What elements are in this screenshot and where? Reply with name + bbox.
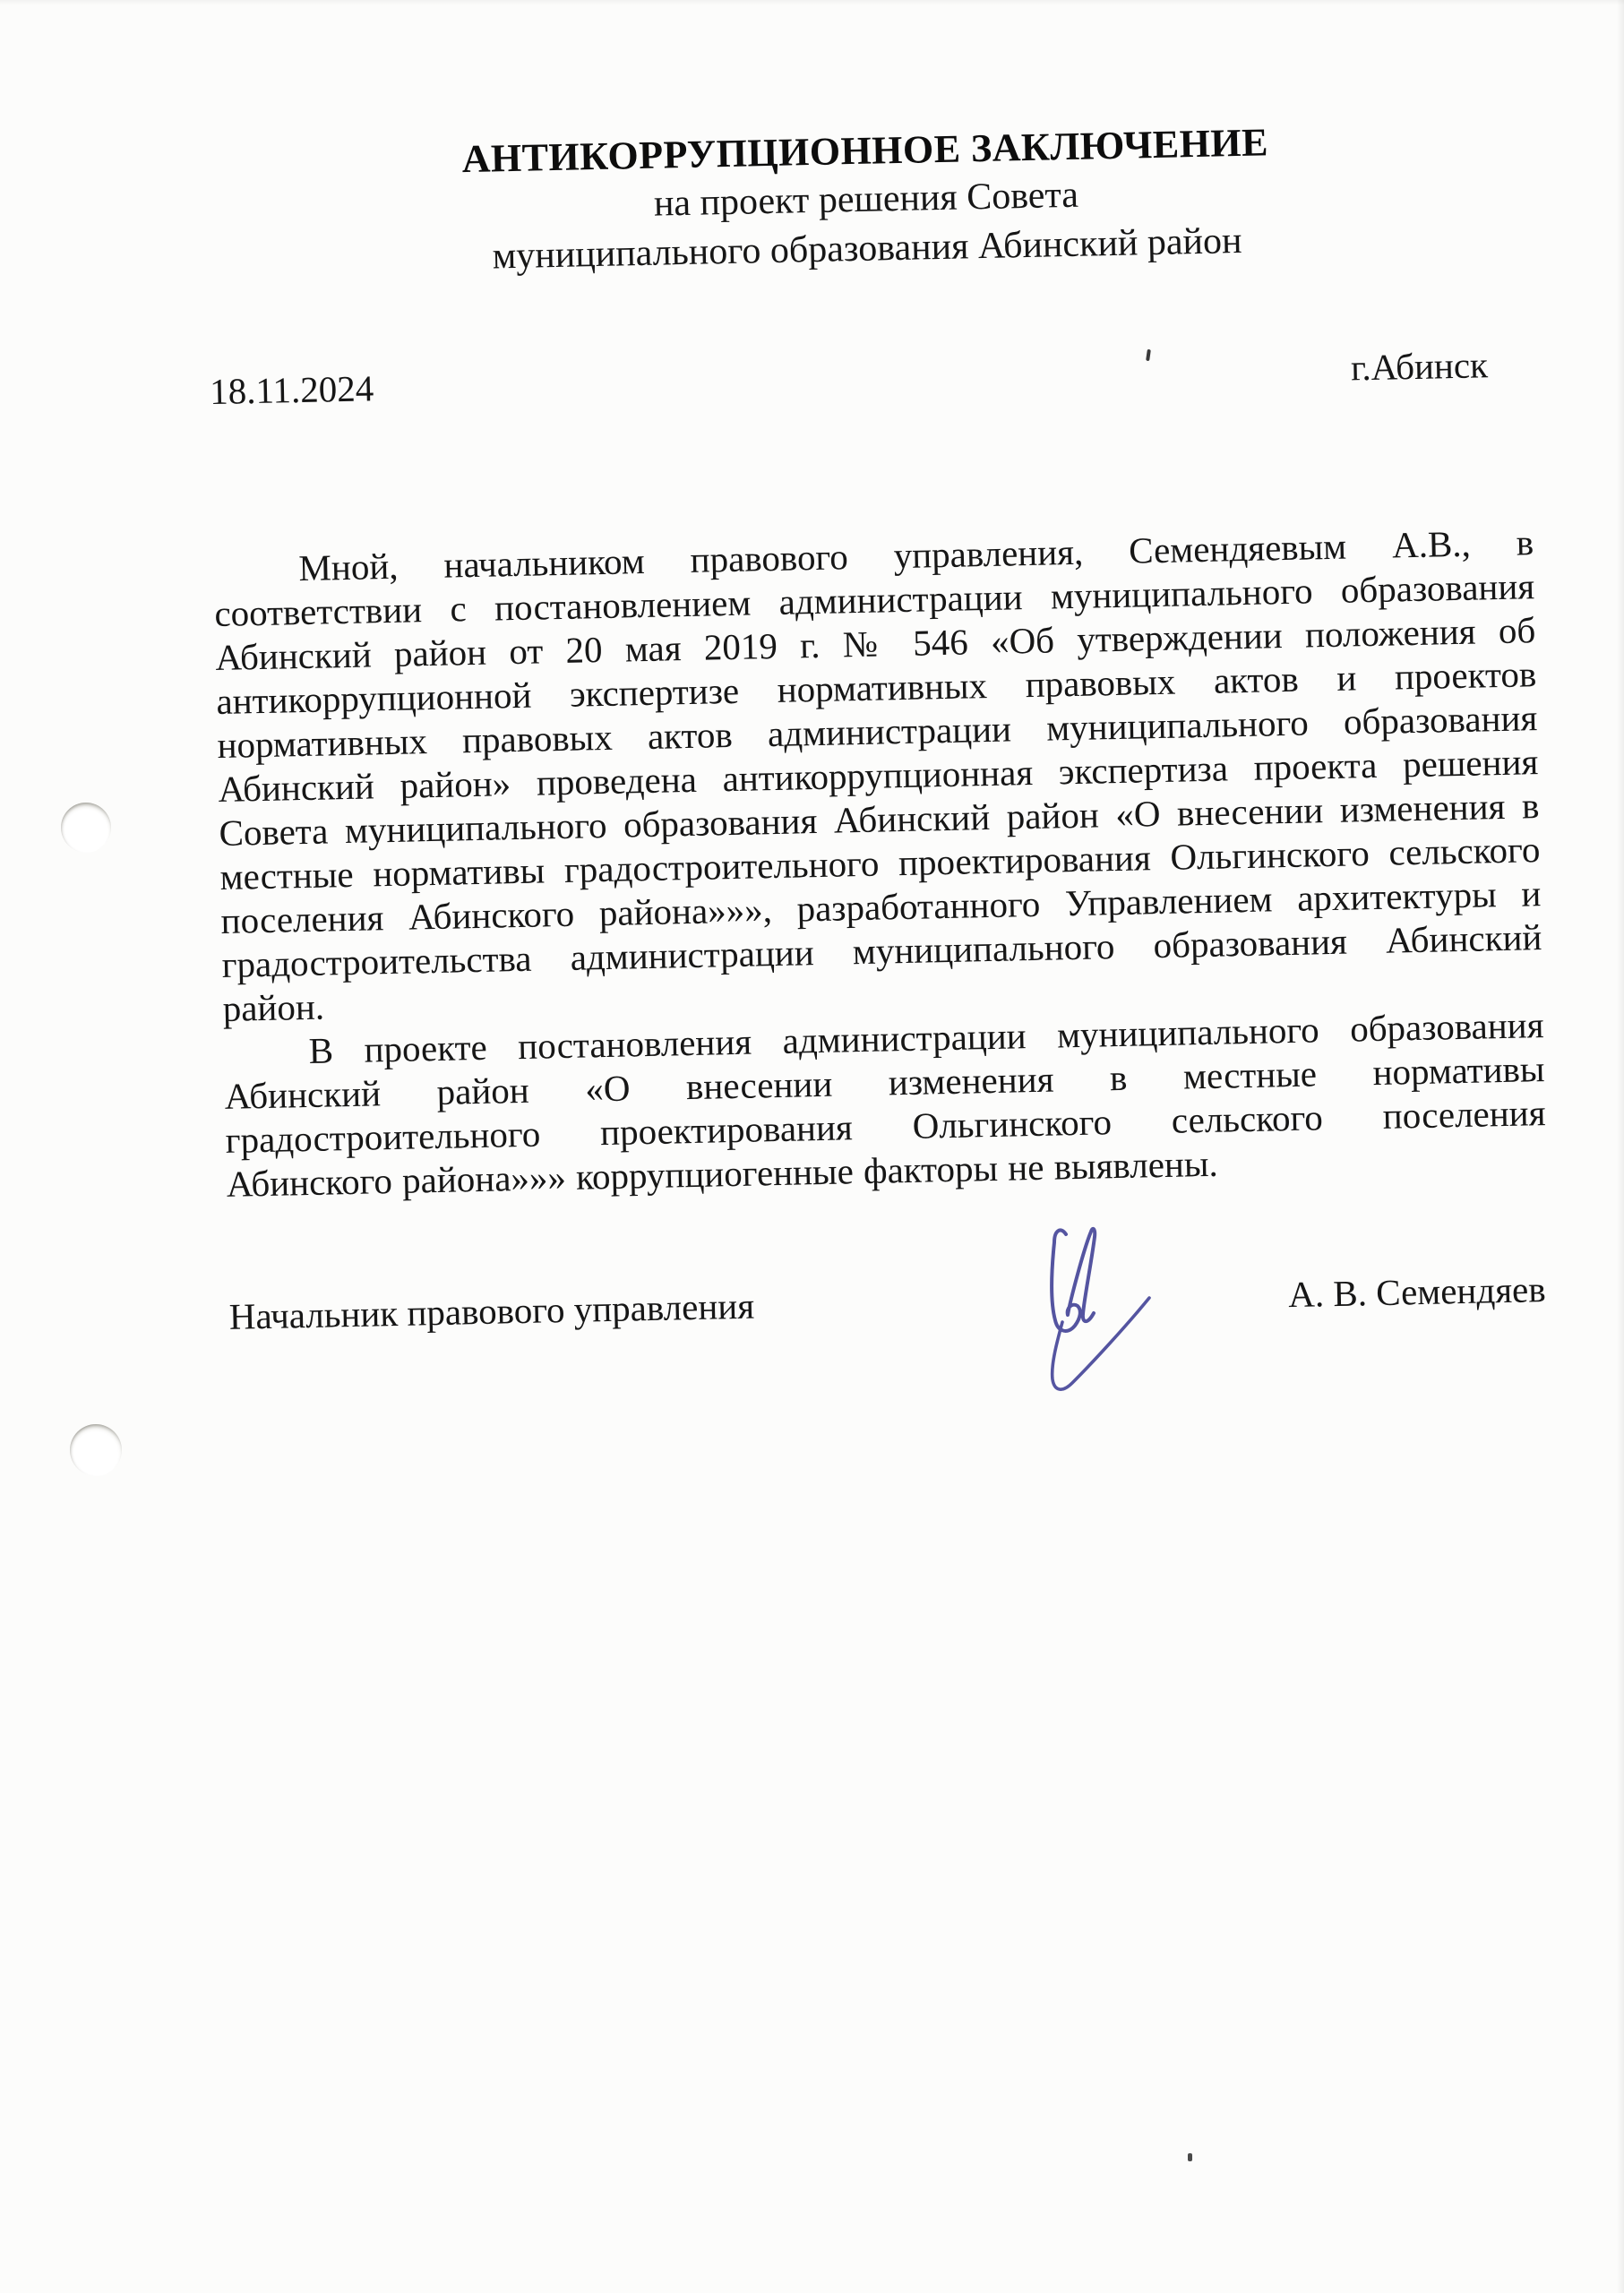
stray-ink-dot bbox=[1188, 2153, 1192, 2161]
scan-edge-shadow bbox=[0, 0, 1624, 5]
document-date: 18.11.2024 bbox=[210, 366, 374, 414]
scanned-document-page: АНТИКОРРУПЦИОННОЕ ЗАКЛЮЧЕНИЕ на проект р… bbox=[0, 0, 1624, 2293]
document-body: Мной, начальником правового управления, … bbox=[213, 520, 1547, 1207]
scan-edge-shadow bbox=[1617, 0, 1624, 2293]
date-place-row: 18.11.2024 г.Абинск bbox=[210, 342, 1531, 414]
signer-name: А. В. Семендяев bbox=[1288, 1267, 1546, 1317]
signer-position: Начальник правового управления bbox=[228, 1284, 754, 1339]
signature-row: Начальник правового управления А. В. Сем… bbox=[228, 1267, 1550, 1339]
document-title: АНТИКОРРУПЦИОННОЕ ЗАКЛЮЧЕНИЕ на проект р… bbox=[204, 112, 1527, 288]
hole-punch-mark bbox=[61, 803, 111, 853]
hole-punch-mark bbox=[70, 1424, 122, 1476]
paragraph-1: Мной, начальником правового управления, … bbox=[213, 520, 1543, 1031]
paragraph-2: В проекте постановления администрации му… bbox=[223, 1003, 1547, 1207]
document-place: г.Абинск bbox=[1351, 343, 1489, 390]
pen-signature-icon bbox=[1021, 1215, 1164, 1404]
document-content: АНТИКОРРУПЦИОННОЕ ЗАКЛЮЧЕНИЕ на проект р… bbox=[0, 0, 1624, 2293]
